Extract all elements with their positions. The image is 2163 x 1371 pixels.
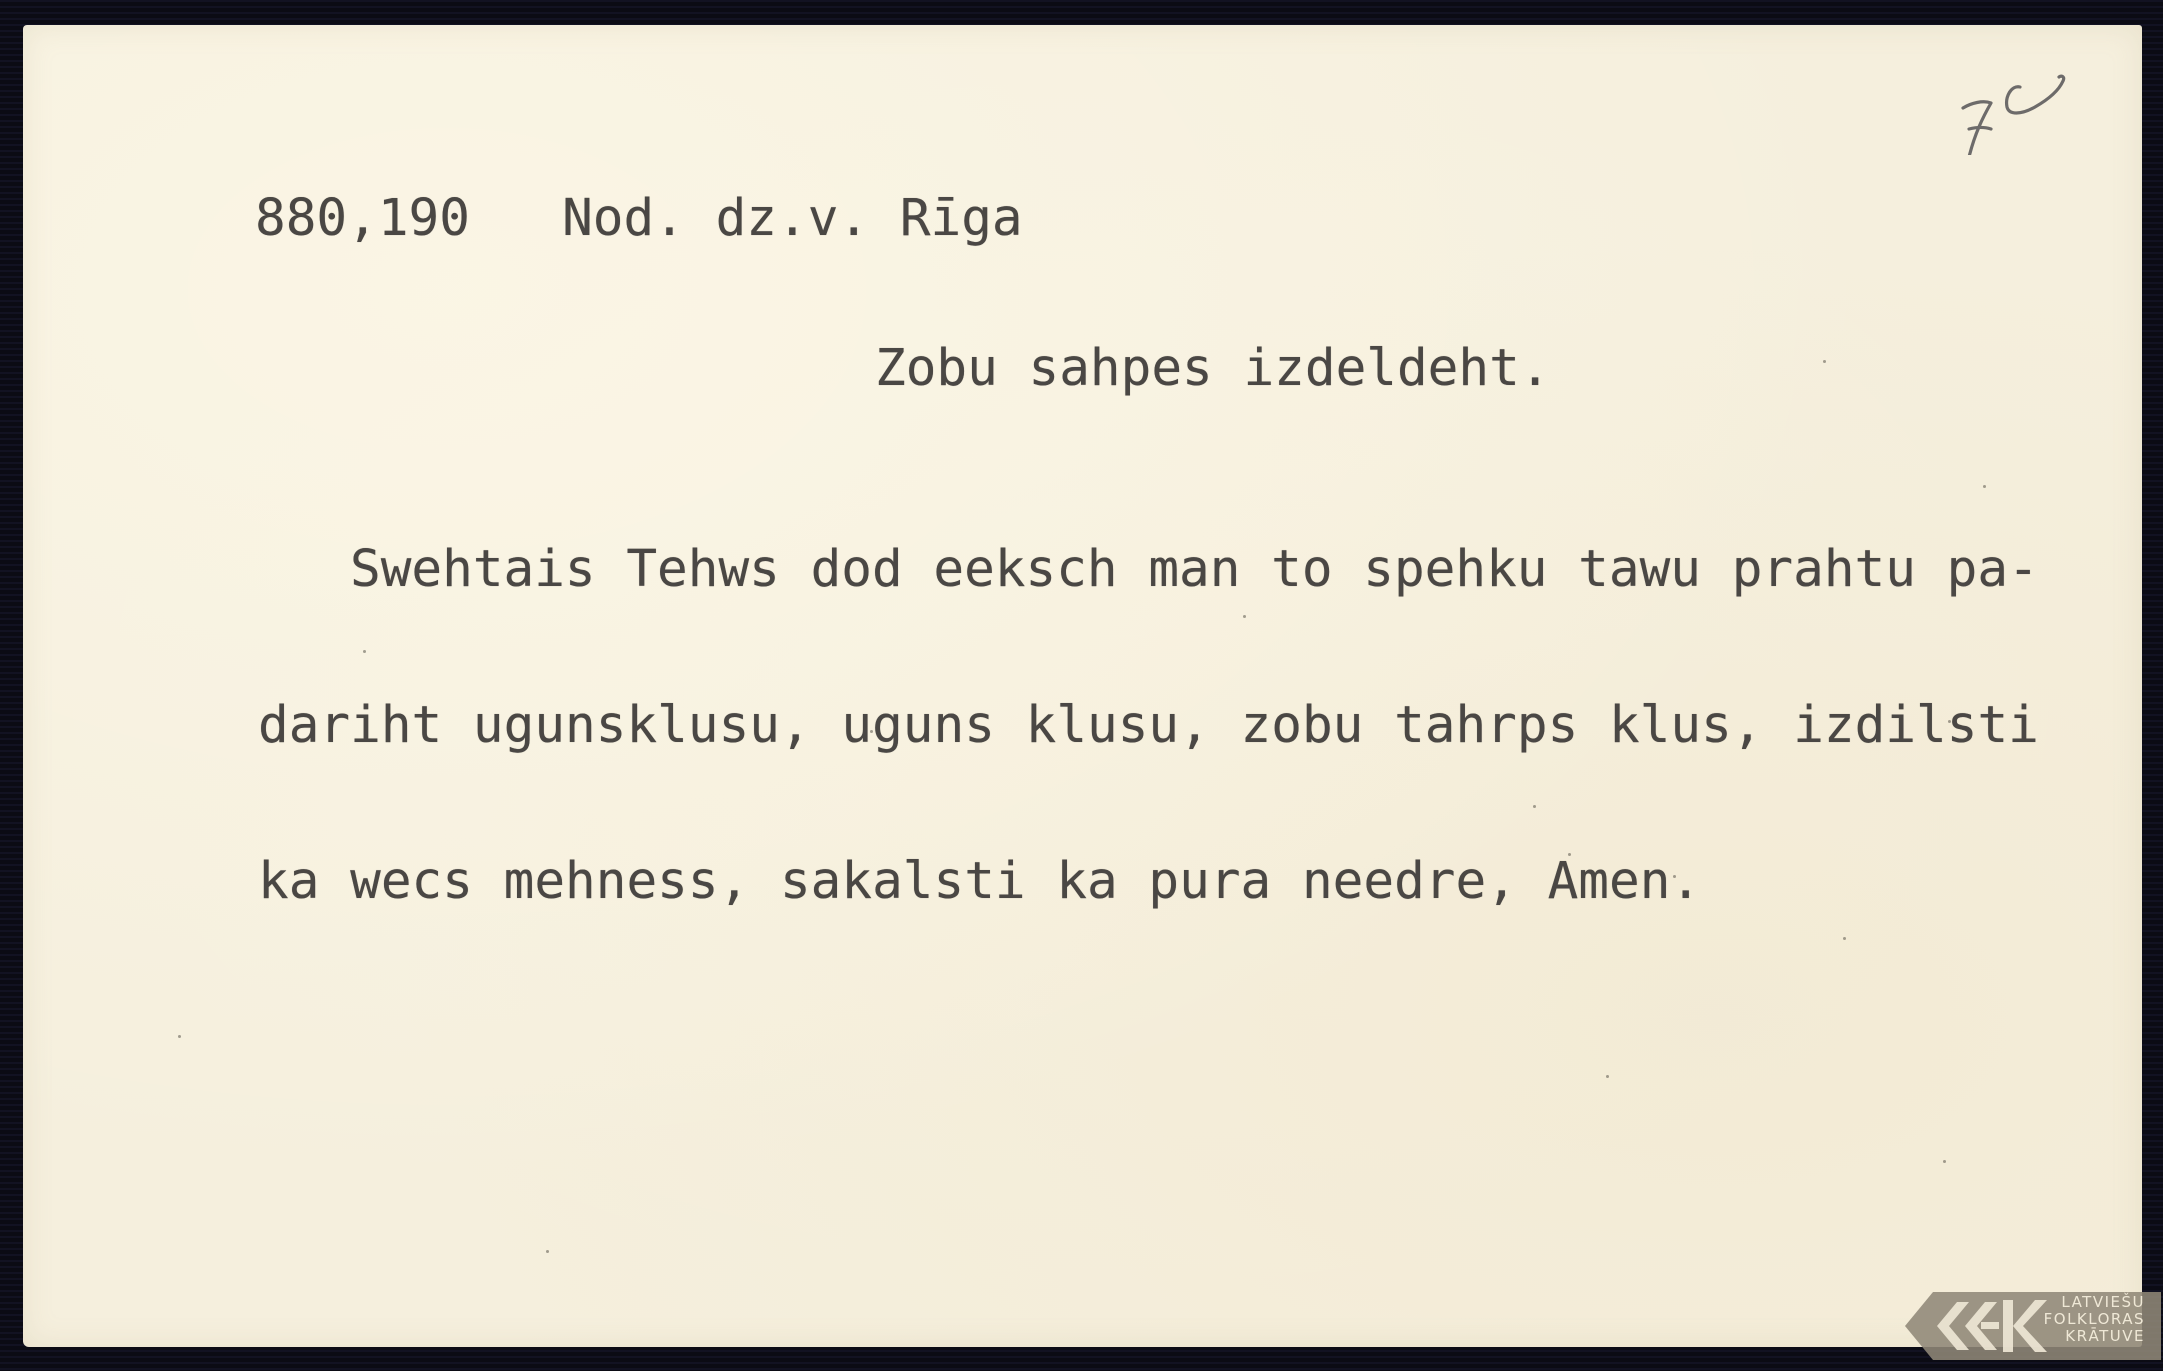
card-body: Swehtais Tehws dod eeksch man to spehku … <box>258 440 2039 1012</box>
body-line: dariht ugunsklusu, uguns klusu, zobu tah… <box>258 700 2039 752</box>
lfk-logo-text: LATVIEŠU FOLKLORAS KRĀTUVE <box>2044 1294 2145 1345</box>
body-line: Swehtais Tehws dod eeksch man to spehku … <box>258 544 2039 596</box>
card-header: 880,190 Nod. dz.v. Rīga <box>255 193 1023 245</box>
card-title: Zobu sahpes izdeldeht. <box>875 343 1551 395</box>
reference-number: 880,190 <box>255 189 470 248</box>
source-location: Nod. dz.v. Rīga <box>562 189 1023 248</box>
lfk-watermark-logo: LATVIEŠU FOLKLORAS KRĀTUVE <box>1903 1290 2161 1362</box>
handwritten-mark-7c: 7c <box>1925 45 2075 155</box>
archive-card: 880,190 Nod. dz.v. Rīga Zobu sahpes izde… <box>23 25 2142 1347</box>
body-line: ka wecs mehness, sakalsti ka pura needre… <box>258 856 2039 908</box>
